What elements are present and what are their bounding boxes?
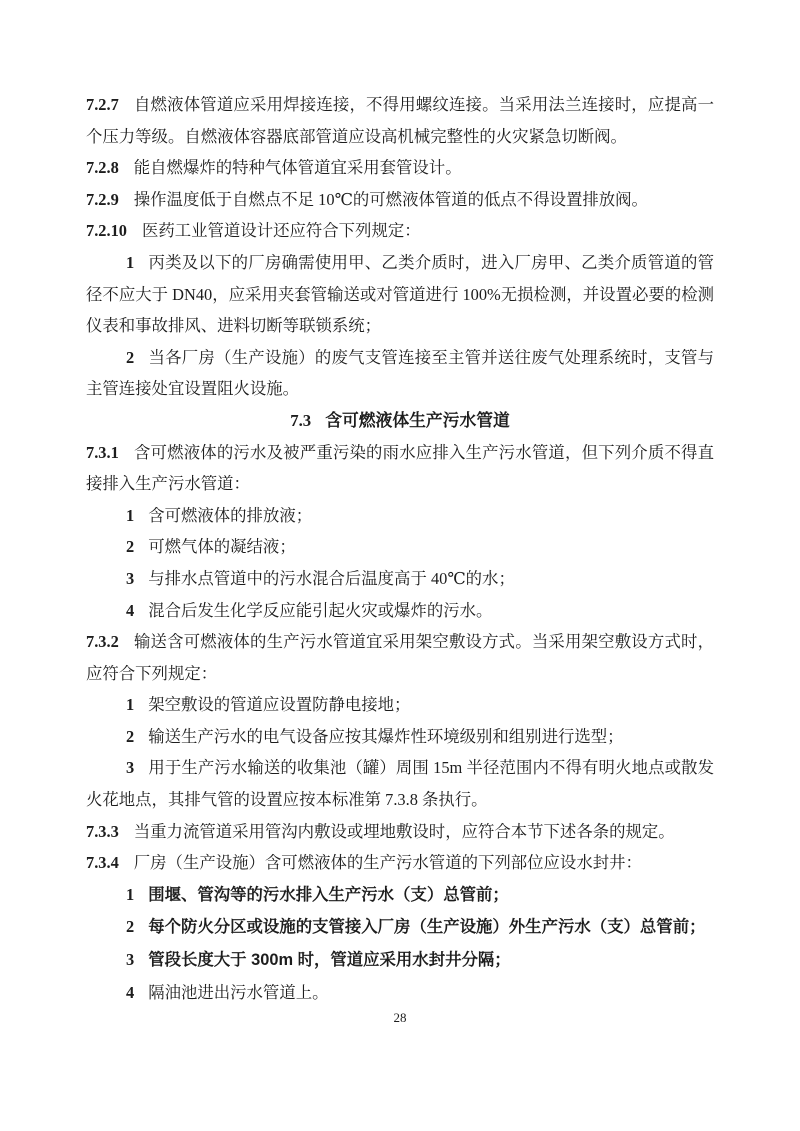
clause-number: 7.2.10 [86, 221, 127, 240]
clause-text: 自燃液体管道应采用焊接连接，不得用螺纹连接。当采用法兰连接时，应提高一个压力等级… [86, 95, 714, 146]
item-text: 含可燃液体的排放液； [148, 506, 312, 525]
item-number: 1 [126, 253, 134, 272]
item-text: 与排水点管道中的污水混合后温度高于 40℃的水； [148, 569, 515, 588]
list-item: 2输送生产污水的电气设备应按其爆炸性环境级别和组别进行选型； [86, 721, 714, 753]
item-number: 2 [126, 348, 134, 367]
list-item: 4隔油池进出污水管道上。 [86, 977, 714, 1009]
clause-text: 含可燃液体的污水及被严重污染的雨水应排入生产污水管道，但下列介质不得直接排入生产… [86, 443, 714, 494]
clause-7.3.2: 7.3.2输送含可燃液体的生产污水管道宜采用架空敷设方式。当采用架空敷设方式时，… [86, 626, 714, 689]
clause-number: 7.2.7 [86, 95, 119, 114]
clause-number: 7.3.4 [86, 853, 119, 872]
item-number: 1 [126, 506, 134, 525]
item-text: 管段长度大于 300m 时，管道应采用水封井分隔； [148, 951, 510, 969]
list-item: 4混合后发生化学反应能引起火灾或爆炸的污水。 [86, 595, 714, 627]
clause-number: 7.3.2 [86, 632, 119, 651]
clause-number: 7.2.9 [86, 190, 119, 209]
clause-7.3.3: 7.3.3当重力流管道采用管沟内敷设或埋地敷设时，应符合本节下述各条的规定。 [86, 816, 714, 848]
item-number: 4 [126, 601, 134, 620]
clause-text: 能自燃爆炸的特种气体管道宜采用套管设计。 [134, 158, 462, 177]
clause-text: 操作温度低于自燃点不足 10℃的可燃液体管道的低点不得设置排放阀。 [134, 190, 648, 209]
item-number: 2 [126, 727, 134, 746]
list-item: 2可燃气体的凝结液； [86, 531, 714, 563]
item-text: 用于生产污水输送的收集池（罐）周围 15m 半径范围内不得有明火地点或散发火花地… [86, 758, 714, 809]
item-text: 隔油池进出污水管道上。 [148, 983, 328, 1002]
item-number: 3 [126, 950, 134, 969]
clause-number: 7.3.3 [86, 822, 119, 841]
item-number: 2 [126, 917, 134, 936]
list-item: 2当各厂房（生产设施）的废气支管连接至主管并送往废气处理系统时，支管与主管连接处… [86, 342, 714, 405]
clause-7.2.10: 7.2.10医药工业管道设计还应符合下列规定： [86, 215, 714, 247]
item-text: 丙类及以下的厂房确需使用甲、乙类介质时，进入厂房甲、乙类介质管道的管径不应大于 … [86, 253, 714, 335]
item-number: 1 [126, 695, 134, 714]
item-text: 可燃气体的凝结液； [148, 537, 296, 556]
clause-text: 厂房（生产设施）含可燃液体的生产污水管道的下列部位应设水封井： [134, 853, 642, 872]
section-number: 7.3 [290, 411, 311, 430]
item-number: 3 [126, 758, 134, 777]
item-text: 混合后发生化学反应能引起火灾或爆炸的污水。 [148, 601, 492, 620]
list-item: 3与排水点管道中的污水混合后温度高于 40℃的水； [86, 563, 714, 595]
list-item: 1含可燃液体的排放液； [86, 500, 714, 532]
list-item: 3用于生产污水输送的收集池（罐）周围 15m 半径范围内不得有明火地点或散发火花… [86, 752, 714, 815]
item-text: 输送生产污水的电气设备应按其爆炸性环境级别和组别进行选型； [148, 727, 623, 746]
clause-7.2.7: 7.2.7自燃液体管道应采用焊接连接，不得用螺纹连接。当采用法兰连接时，应提高一… [86, 89, 714, 152]
clause-7.3.4: 7.3.4厂房（生产设施）含可燃液体的生产污水管道的下列部位应设水封井： [86, 847, 714, 879]
section-title: 含可燃液体生产污水管道 [325, 411, 510, 430]
clause-number: 7.3.1 [86, 443, 119, 462]
clause-7.2.8: 7.2.8能自燃爆炸的特种气体管道宜采用套管设计。 [86, 152, 714, 184]
clause-text: 输送含可燃液体的生产污水管道宜采用架空敷设方式。当采用架空敷设方式时，应符合下列… [86, 632, 714, 683]
list-item-bold: 2每个防火分区或设施的支管接入厂房（生产设施）外生产污水（支）总管前； [86, 911, 714, 944]
page-number: 28 [86, 1008, 714, 1028]
item-number: 2 [126, 537, 134, 556]
item-number: 1 [126, 885, 134, 904]
clause-number: 7.2.8 [86, 158, 119, 177]
item-text: 每个防火分区或设施的支管接入厂房（生产设施）外生产污水（支）总管前； [148, 918, 705, 936]
document-page: 7.2.7自燃液体管道应采用焊接连接，不得用螺纹连接。当采用法兰连接时，应提高一… [0, 0, 800, 1131]
section-heading-7.3: 7.3含可燃液体生产污水管道 [86, 405, 714, 437]
clause-text: 医药工业管道设计还应符合下列规定： [142, 221, 421, 240]
item-number: 4 [126, 983, 134, 1002]
clause-7.3.1: 7.3.1含可燃液体的污水及被严重污染的雨水应排入生产污水管道，但下列介质不得直… [86, 437, 714, 500]
list-item-bold: 3管段长度大于 300m 时，管道应采用水封井分隔； [86, 944, 714, 977]
item-text: 围堰、管沟等的污水排入生产污水（支）总管前； [148, 886, 509, 904]
item-text: 当各厂房（生产设施）的废气支管连接至主管并送往废气处理系统时，支管与主管连接处宜… [86, 348, 714, 399]
list-item: 1丙类及以下的厂房确需使用甲、乙类介质时，进入厂房甲、乙类介质管道的管径不应大于… [86, 247, 714, 342]
item-number: 3 [126, 569, 134, 588]
item-text: 架空敷设的管道应设置防静电接地； [148, 695, 410, 714]
list-item: 1架空敷设的管道应设置防静电接地； [86, 689, 714, 721]
clause-7.2.9: 7.2.9操作温度低于自燃点不足 10℃的可燃液体管道的低点不得设置排放阀。 [86, 184, 714, 216]
clause-text: 当重力流管道采用管沟内敷设或埋地敷设时，应符合本节下述各条的规定。 [134, 822, 675, 841]
list-item-bold: 1围堰、管沟等的污水排入生产污水（支）总管前； [86, 879, 714, 912]
